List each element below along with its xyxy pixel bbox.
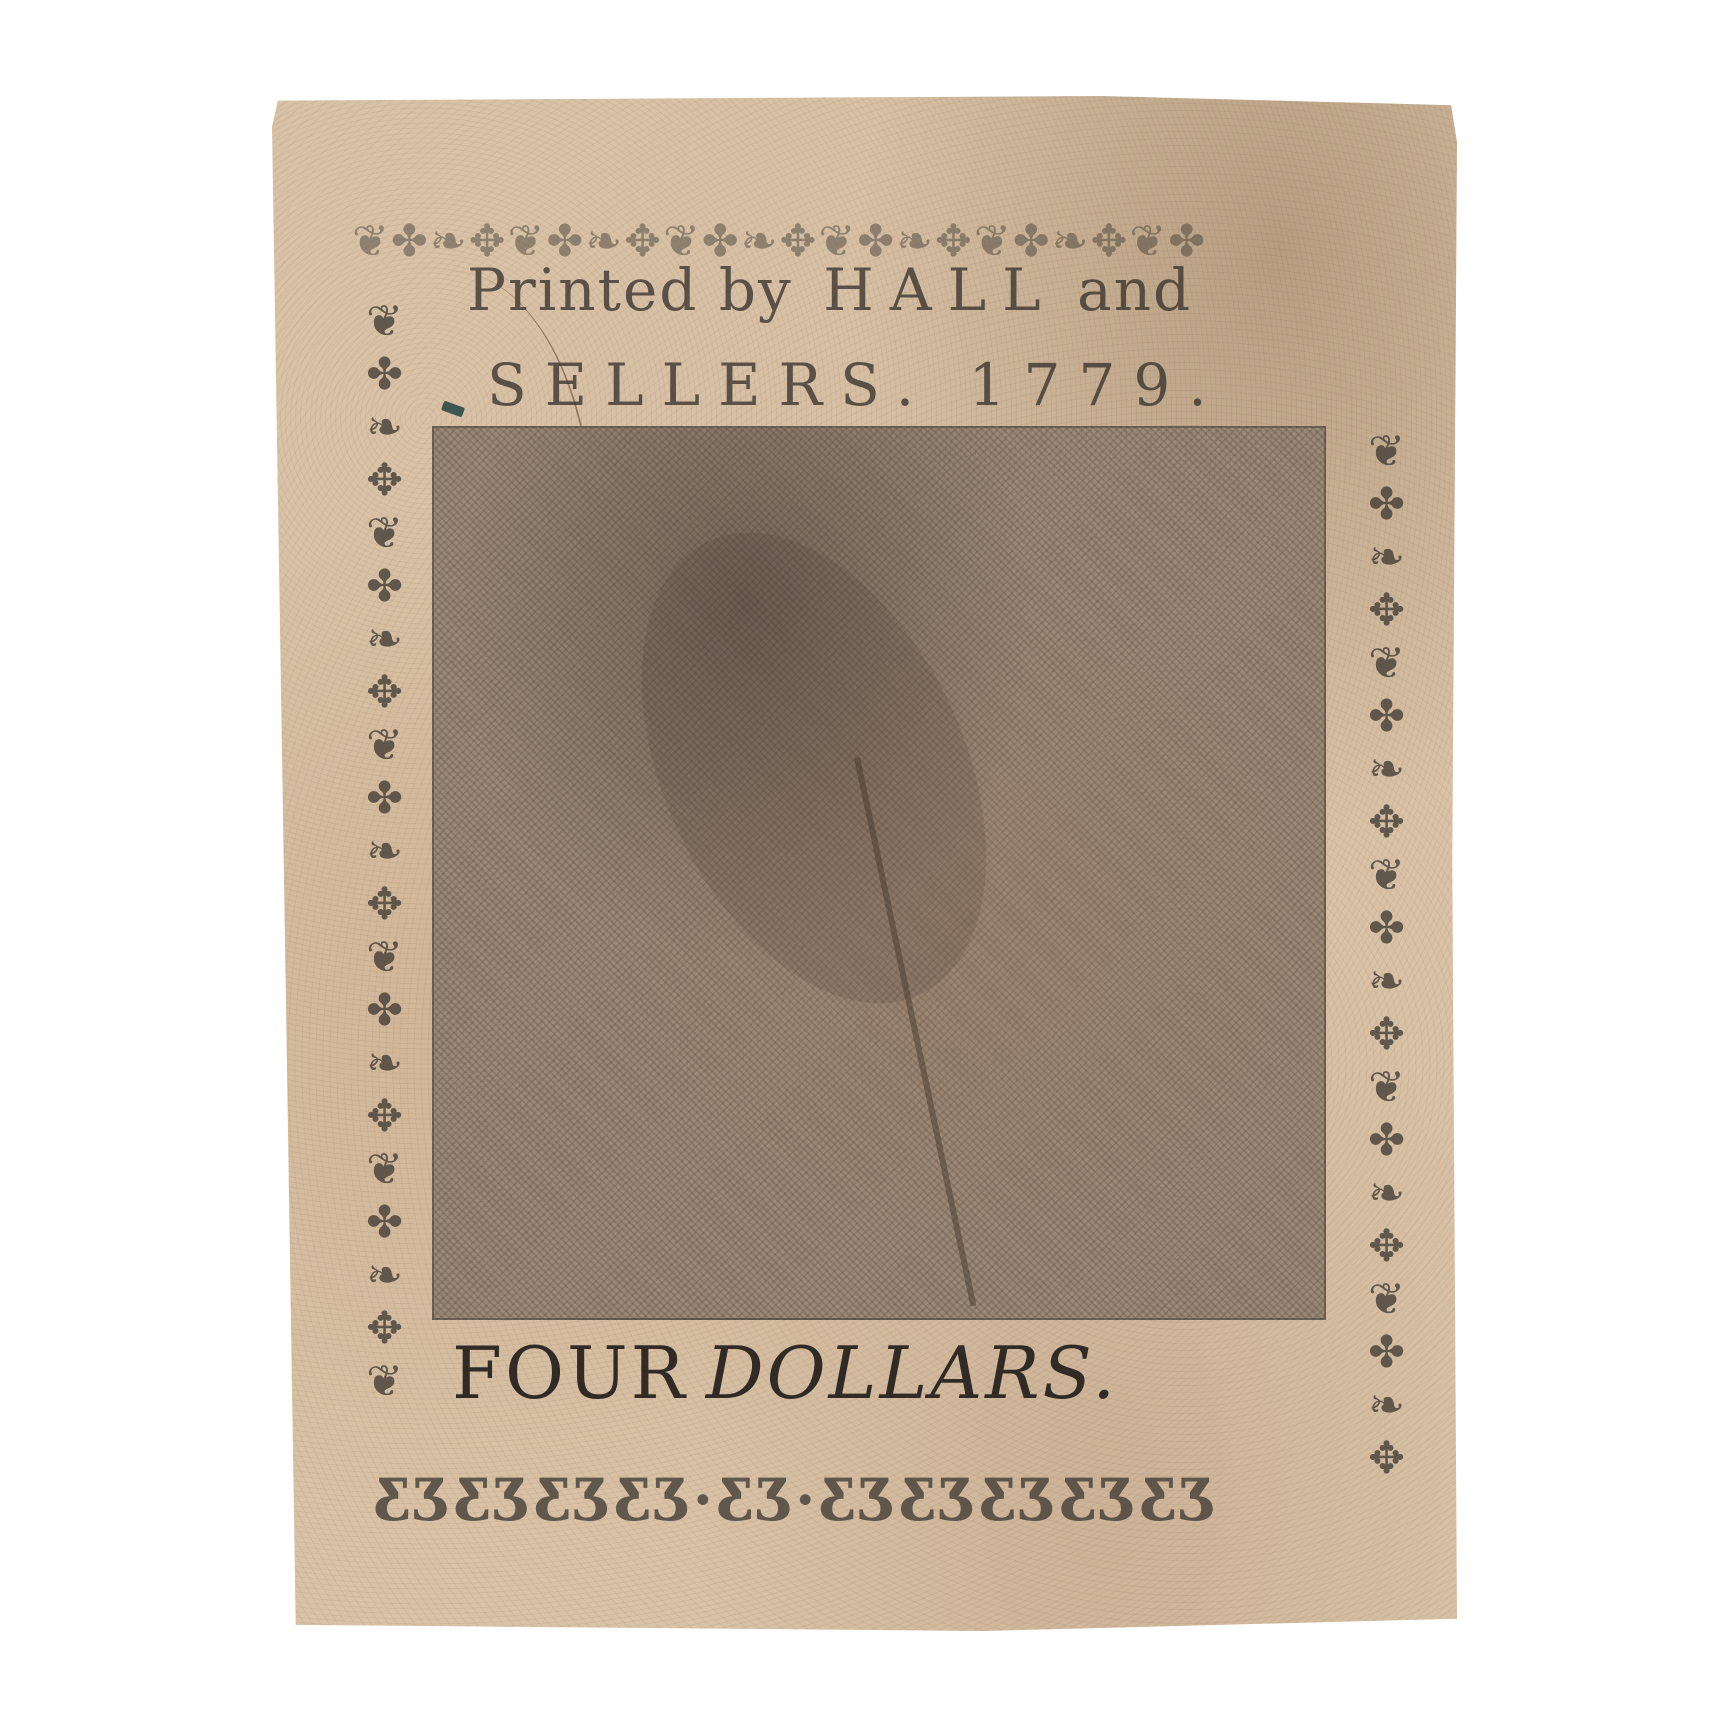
- imprint-and: and: [1077, 256, 1192, 324]
- denomination-word: FOUR: [452, 1331, 688, 1415]
- printer-imprint-line1: Printed by HALL and: [467, 256, 1192, 324]
- bottom-ornamental-border: ƸƷƸƷƸƷƸƷ·ƸƷ·ƸƷƸƷƸƷƸƷƸƷ: [372, 1466, 1372, 1534]
- denomination: FOURDOLLARS.: [452, 1331, 1118, 1415]
- imprint-year: 1779.: [969, 351, 1225, 419]
- imprint-name-sellers: SELLERS.: [487, 351, 932, 419]
- leaf-impression: [572, 478, 1055, 1058]
- left-ornamental-border: ❦✤❧✥❦✤❧✥❦✤❧✥❦✤❧✥❦✤❧✥❦: [350, 296, 410, 1466]
- banknote: ❦✤❧✥❦✤❧✥❦✤❧✥❦✤❧✥❦✤❧✥❦✤ ❦✤❧✥❦✤❧✥❦✤❧✥❦✤❧✥❦…: [272, 96, 1457, 1631]
- imprint-name-hall: HALL: [823, 256, 1057, 324]
- leaf-print-vignette: [432, 426, 1326, 1320]
- denomination-unit: DOLLARS.: [706, 1331, 1118, 1415]
- imprint-prefix: Printed by: [467, 256, 793, 324]
- right-ornamental-border: ❦✤❧✥❦✤❧✥❦✤❧✥❦✤❧✥❦✤❧✥❦: [1352, 426, 1412, 1476]
- printer-imprint-line2: SELLERS. 1779.: [487, 351, 1225, 419]
